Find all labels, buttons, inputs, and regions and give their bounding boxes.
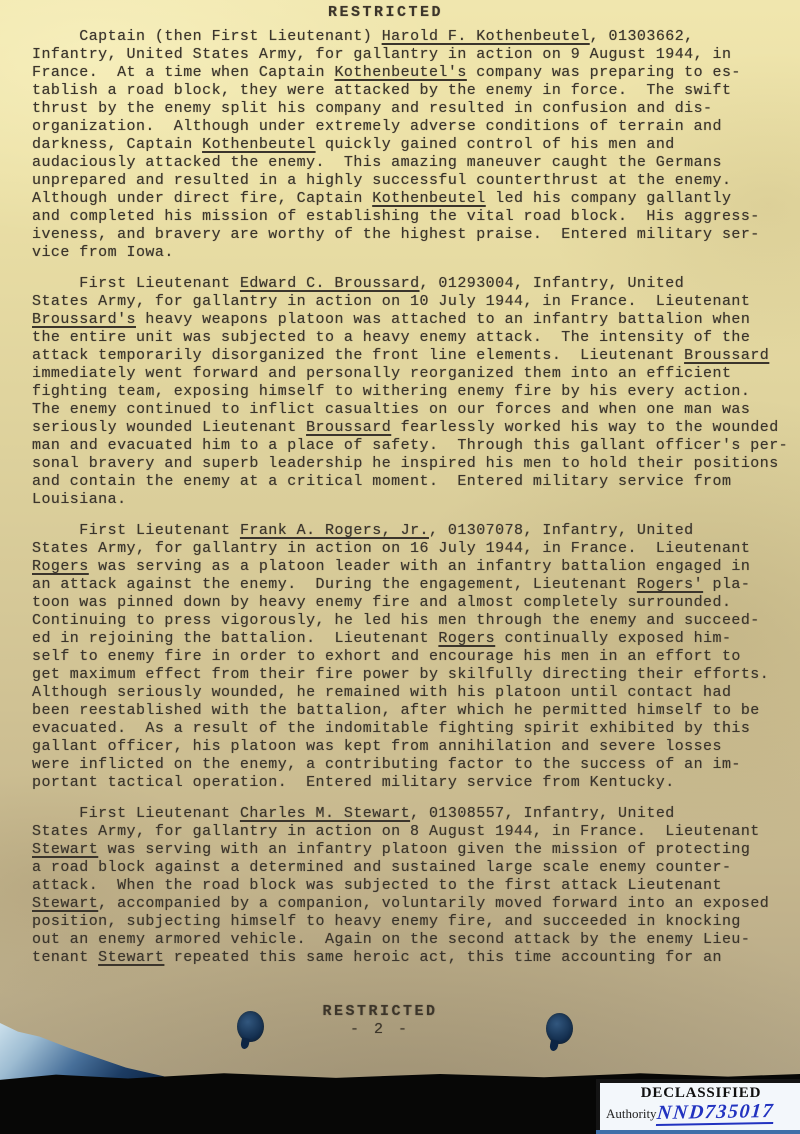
- citation-paragraph: First Lieutenant Frank A. Rogers, Jr., 0…: [32, 522, 794, 792]
- text-line: tablish a road block, they were attacked…: [32, 82, 794, 100]
- text-line: and completed his mission of establishin…: [32, 208, 794, 226]
- underlined-name: Charles M. Stewart: [240, 805, 410, 822]
- citation-paragraph: Captain (then First Lieutenant) Harold F…: [32, 28, 794, 262]
- text-line: Although seriously wounded, he remained …: [32, 684, 794, 702]
- citation-paragraph: First Lieutenant Edward C. Broussard, 01…: [32, 275, 794, 509]
- underlined-name: Broussard's: [32, 311, 136, 328]
- underlined-name: Harold F. Kothenbeutel: [382, 28, 590, 45]
- text-line: First Lieutenant Frank A. Rogers, Jr., 0…: [32, 522, 794, 540]
- page-footer: RESTRICTED - 2 -: [0, 1003, 760, 1038]
- text-line: States Army, for gallantry in action on …: [32, 293, 794, 311]
- underlined-name: Broussard: [684, 347, 769, 364]
- text-line: darkness, Captain Kothenbeutel quickly g…: [32, 136, 794, 154]
- text-line: self to enemy fire in order to exhort an…: [32, 648, 794, 666]
- underlined-name: Stewart: [32, 895, 98, 912]
- text-line: organization. Although under extremely a…: [32, 118, 794, 136]
- text-line: were inflicted on the enemy, a contribut…: [32, 756, 794, 774]
- text-line: get maximum effect from their fire power…: [32, 666, 794, 684]
- text-line: The enemy continued to inflict casualtie…: [32, 401, 794, 419]
- text-line: attack temporarily disorganized the fron…: [32, 347, 794, 365]
- citation-paragraph: First Lieutenant Charles M. Stewart, 013…: [32, 805, 794, 967]
- restricted-stamp-top: RESTRICTED: [328, 4, 443, 21]
- text-line: unprepared and resulted in a highly succ…: [32, 172, 794, 190]
- text-line: Stewart was serving with an infantry pla…: [32, 841, 794, 859]
- text-line: First Lieutenant Edward C. Broussard, 01…: [32, 275, 794, 293]
- underlined-name: Rogers: [438, 630, 495, 647]
- punch-hole-right: [546, 1013, 573, 1044]
- text-line: been reestablished with the battalion, a…: [32, 702, 794, 720]
- scanned-document-page: RESTRICTED Captain (then First Lieutenan…: [0, 0, 800, 1134]
- underlined-name: Kothenbeutel's: [334, 64, 466, 81]
- text-line: sonal bravery and superb leadership he i…: [32, 455, 794, 473]
- text-line: position, subjecting himself to heavy en…: [32, 913, 794, 931]
- text-line: France. At a time when Captain Kothenbeu…: [32, 64, 794, 82]
- underlined-name: Rogers': [637, 576, 703, 593]
- text-line: Louisiana.: [32, 491, 794, 509]
- text-line: ed in rejoining the battalion. Lieutenan…: [32, 630, 794, 648]
- text-line: a road block against a determined and su…: [32, 859, 794, 877]
- text-line: First Lieutenant Charles M. Stewart, 013…: [32, 805, 794, 823]
- text-line: audaciously attacked the enemy. This ama…: [32, 154, 794, 172]
- underlined-name: Stewart: [98, 949, 164, 966]
- text-line: States Army, for gallantry in action on …: [32, 540, 794, 558]
- underlined-name: Kothenbeutel: [372, 190, 485, 207]
- underlined-name: Frank A. Rogers, Jr.: [240, 522, 429, 539]
- punch-hole-left: [237, 1011, 264, 1042]
- text-line: immediately went forward and personally …: [32, 365, 794, 383]
- text-line: Broussard's heavy weapons platoon was at…: [32, 311, 794, 329]
- text-line: attack. When the road block was subjecte…: [32, 877, 794, 895]
- scan-blue-strip: [596, 1130, 800, 1134]
- text-line: Infantry, United States Army, for gallan…: [32, 46, 794, 64]
- text-line: the entire unit was subjected to a heavy…: [32, 329, 794, 347]
- underlined-name: Kothenbeutel: [202, 136, 315, 153]
- text-line: out an enemy armored vehicle. Again on t…: [32, 931, 794, 949]
- authority-number-handwritten: NND735017: [655, 1101, 774, 1126]
- text-line: fighting team, exposing himself to withe…: [32, 383, 794, 401]
- text-line: Continuing to press vigorously, he led h…: [32, 612, 794, 630]
- text-line: States Army, for gallantry in action on …: [32, 823, 794, 841]
- underlined-name: Edward C. Broussard: [240, 275, 420, 292]
- underlined-name: Stewart: [32, 841, 98, 858]
- text-line: Rogers was serving as a platoon leader w…: [32, 558, 794, 576]
- text-line: Stewart, accompanied by a companion, vol…: [32, 895, 794, 913]
- text-line: thrust by the enemy split his company an…: [32, 100, 794, 118]
- page-number: - 2 -: [0, 1021, 760, 1038]
- text-line: evacuated. As a result of the indomitabl…: [32, 720, 794, 738]
- text-line: toon was pinned down by heavy enemy fire…: [32, 594, 794, 612]
- authority-label: Authority: [606, 1106, 657, 1121]
- underlined-name: Rogers: [32, 558, 89, 575]
- underlined-name: Broussard: [306, 419, 391, 436]
- text-line: vice from Iowa.: [32, 244, 794, 262]
- text-line: and contain the enemy at a critical mome…: [32, 473, 794, 491]
- text-line: tenant Stewart repeated this same heroic…: [32, 949, 794, 967]
- text-line: an attack against the enemy. During the …: [32, 576, 794, 594]
- text-line: Although under direct fire, Captain Koth…: [32, 190, 794, 208]
- text-line: Captain (then First Lieutenant) Harold F…: [32, 28, 794, 46]
- document-body: Captain (then First Lieutenant) Harold F…: [32, 28, 794, 980]
- restricted-stamp-bottom: RESTRICTED: [0, 1003, 760, 1020]
- text-line: gallant officer, his platoon was kept fr…: [32, 738, 794, 756]
- text-line: man and evacuated him to a place of safe…: [32, 437, 794, 455]
- declassified-stamp: DECLASSIFIED AuthorityNND735017: [596, 1079, 800, 1130]
- text-line: portant tactical operation. Entered mili…: [32, 774, 794, 792]
- text-line: iveness, and bravery are worthy of the h…: [32, 226, 794, 244]
- declassified-stamp-authority-row: AuthorityNND735017: [606, 1102, 796, 1125]
- text-line: seriously wounded Lieutenant Broussard f…: [32, 419, 794, 437]
